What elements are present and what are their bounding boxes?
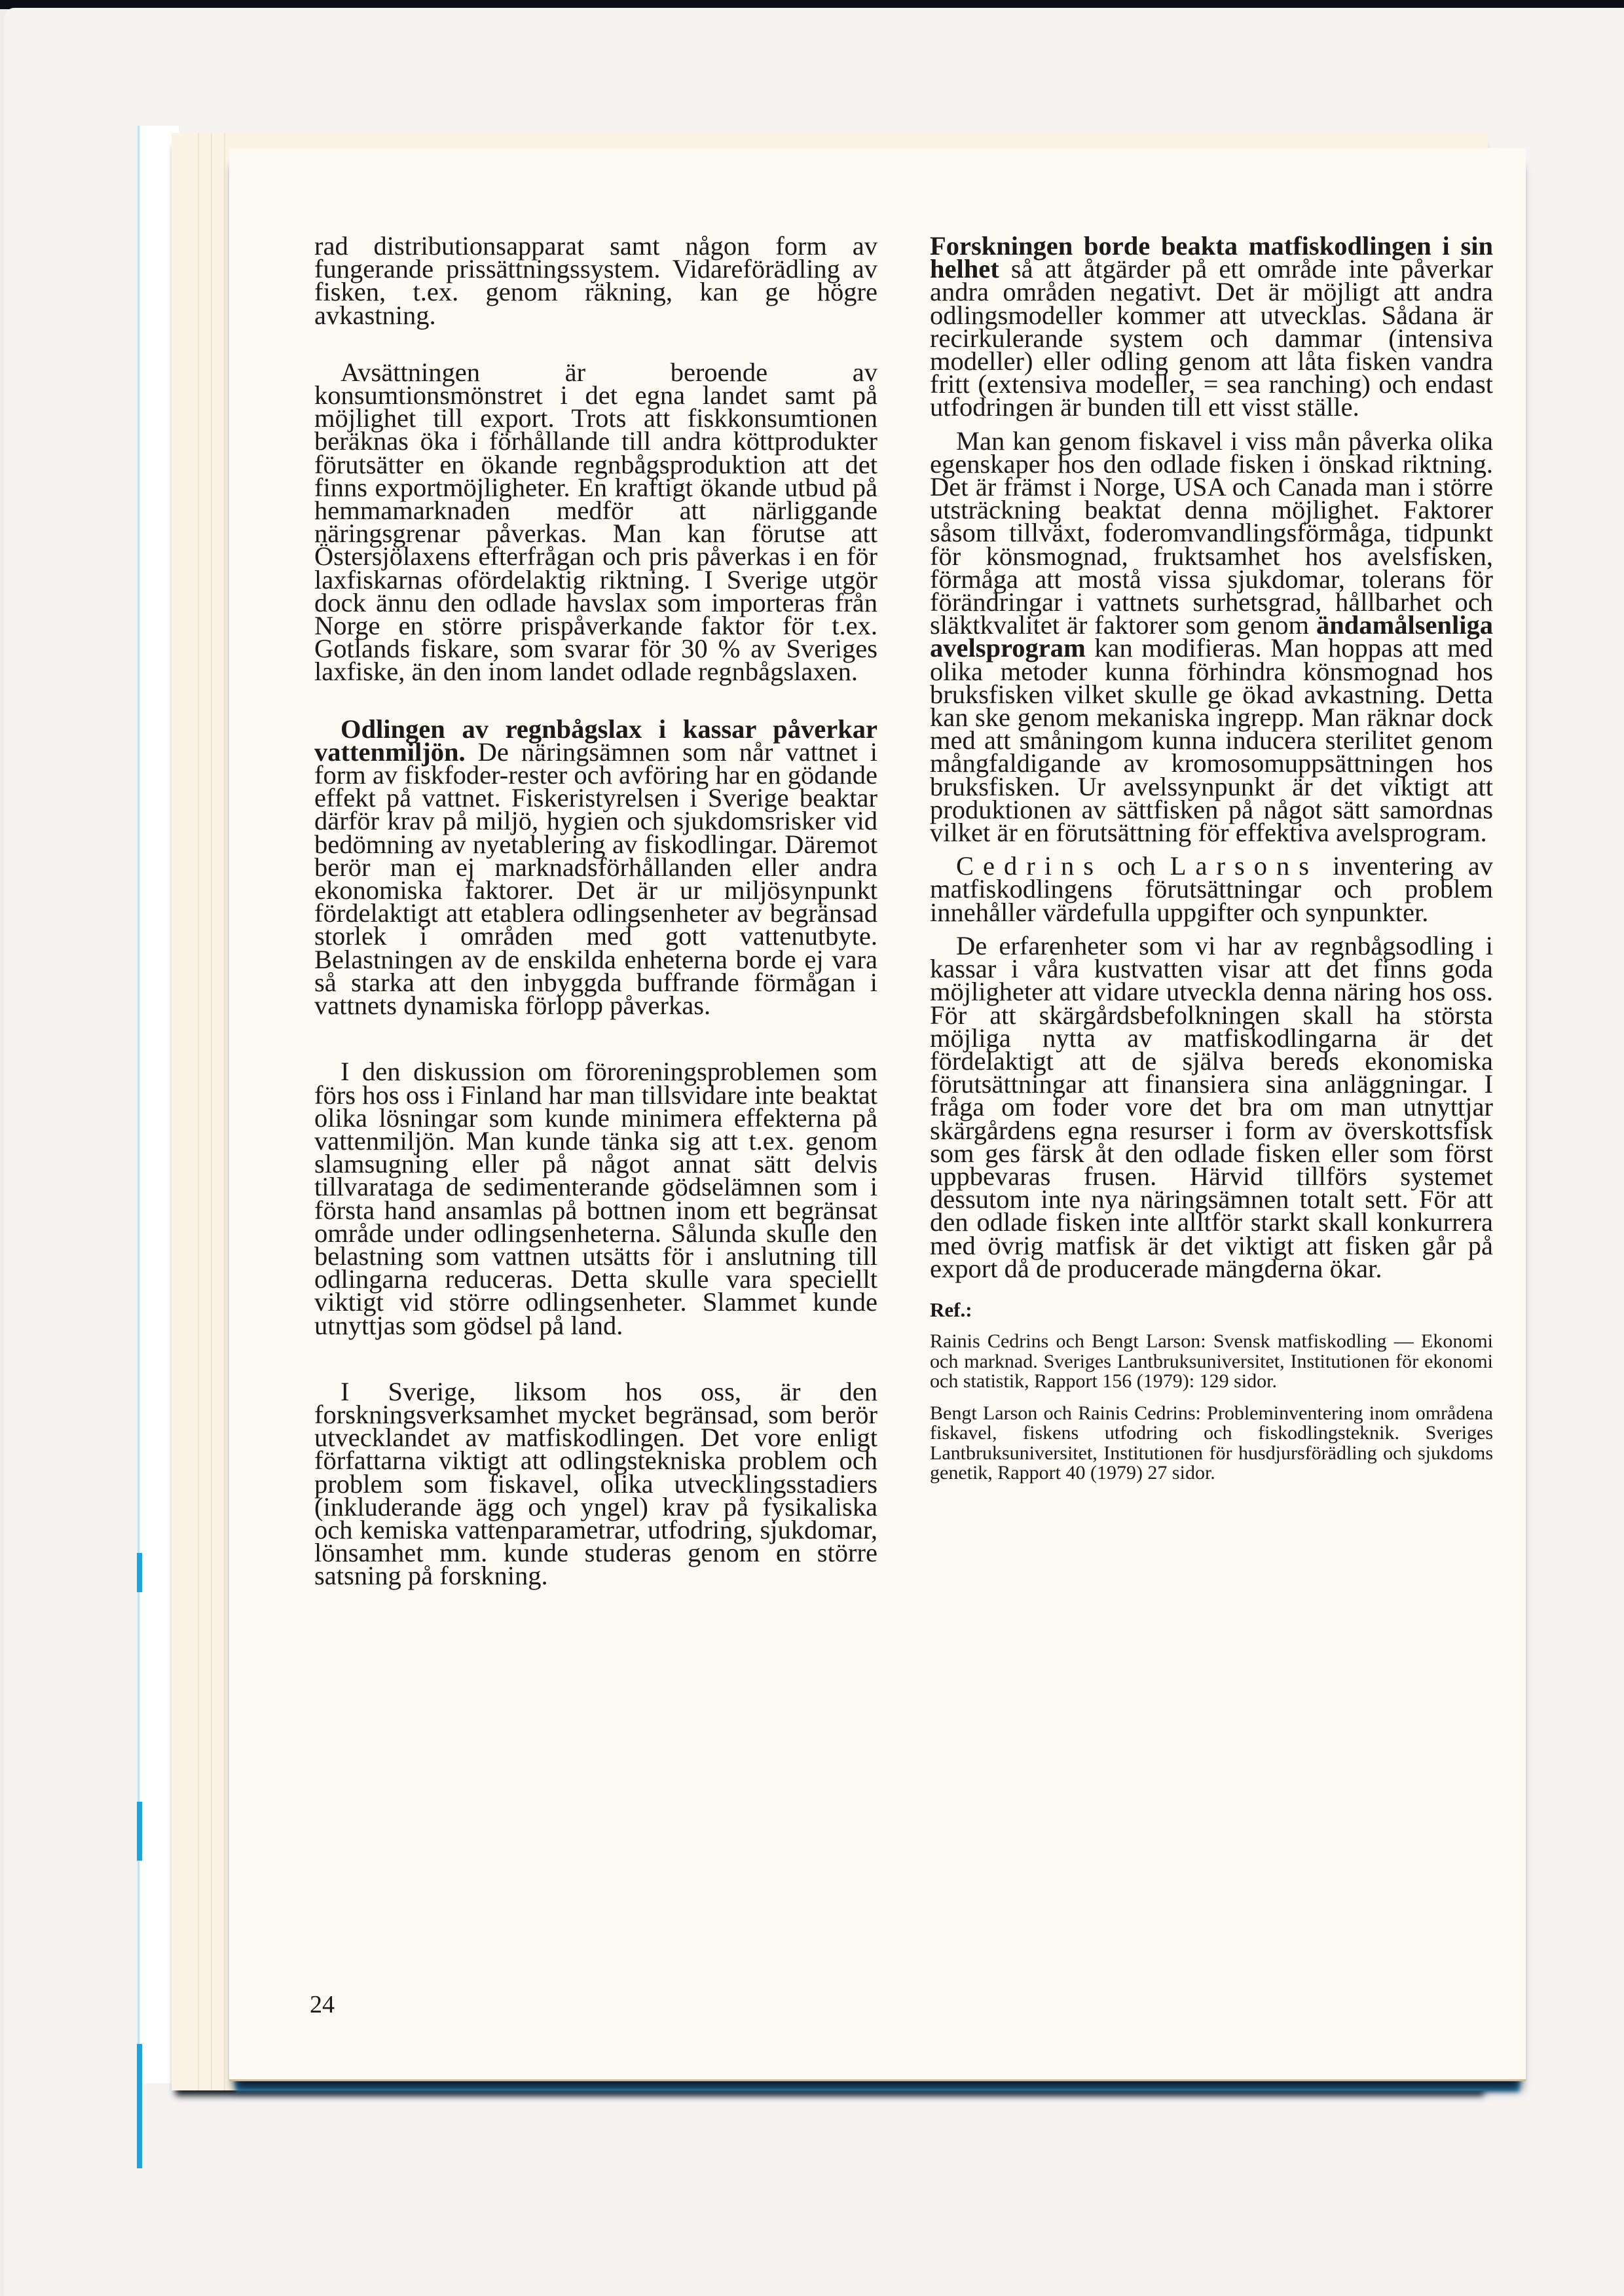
cover-print-mark <box>137 2044 142 2168</box>
paragraph: Forskningen borde beakta matfiskodlingen… <box>930 234 1493 419</box>
references-heading: Ref.: <box>930 1298 1493 1321</box>
paragraph-body: så att åtgärder på ett område inte påver… <box>930 254 1493 422</box>
page-edge-line <box>198 133 199 2090</box>
paragraph: Odlingen av regnbågslax i kassar påverka… <box>314 718 877 1017</box>
paragraph: I den diskussion om föroreningsproblemen… <box>314 1060 877 1336</box>
left-column: rad distributionsapparat samt någon form… <box>314 234 877 1588</box>
right-column: Forskningen borde beakta matfiskodlingen… <box>930 234 1493 1495</box>
paragraph-body: Man kan genom fiskavel i viss mån påverk… <box>930 426 1493 640</box>
paragraph-body: kan modifieras. Man hoppas att med olika… <box>930 633 1493 847</box>
cover-print-mark <box>137 1802 142 1861</box>
reference-item: Bengt Larson och Rainis Cedrins: Problem… <box>930 1404 1493 1484</box>
page-edge-line <box>211 133 212 2090</box>
reference-item: Rainis Cedrins och Bengt Larson: Svensk … <box>930 1332 1493 1392</box>
page-number: 24 <box>310 1990 335 2019</box>
page-edge-line <box>224 133 225 2090</box>
paragraph: I Sverige, liksom hos oss, är den forskn… <box>314 1380 877 1588</box>
document-page: rad distributionsapparat samt någon form… <box>229 148 1526 2081</box>
paragraph: Avsättningen är beroende av konsumtionsm… <box>314 361 877 683</box>
paragraph: De erfarenheter som vi har av regnbågsod… <box>930 934 1493 1280</box>
paragraph: rad distributionsapparat samt någon form… <box>314 234 877 327</box>
paragraph-body: De näringsämnen som når vattnet i form a… <box>314 737 877 1020</box>
cover-print-mark <box>137 1553 142 1592</box>
paragraph: Man kan genom fiskavel i viss mån påverk… <box>930 429 1493 845</box>
paragraph: Cedrins och Larsons inventering av matfi… <box>930 854 1493 924</box>
